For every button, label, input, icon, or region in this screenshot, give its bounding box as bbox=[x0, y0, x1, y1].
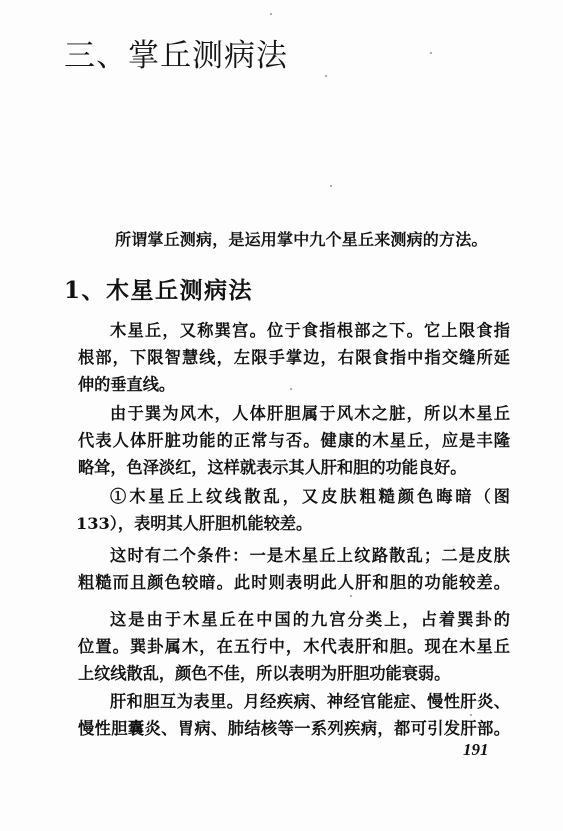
scan-speck bbox=[330, 185, 332, 187]
paragraph-5-line-1: 这是由于木星丘在中国的九宫分类上，占着巽卦的 bbox=[110, 610, 510, 630]
paragraph-1-line-1: 木星丘，又称巽宫。位于食指根部之下。它上限食指 bbox=[110, 321, 510, 341]
paragraph-3-line-2: 133），表明其人肝胆机能较差。 bbox=[76, 514, 312, 534]
paragraph-2-line-1: 由于巽为风木，人体肝胆属于风木之脏，所以木星丘 bbox=[110, 404, 510, 424]
scan-speck bbox=[325, 75, 327, 77]
scan-speck bbox=[350, 595, 352, 597]
intro-sentence: 所谓掌丘测病，是运用掌中九个星丘来测病的方法。 bbox=[115, 227, 488, 250]
book-page: 三、掌丘测病法 所谓掌丘测病，是运用掌中九个星丘来测病的方法。 1、木星丘测病法… bbox=[0, 0, 563, 831]
paragraph-4-line-2: 粗糙而且颜色较暗。此时则表明此人肝和胆的功能较差。 bbox=[78, 573, 510, 593]
paragraph-5-line-2: 位置。巽卦属木，在五行中，木代表肝和胆。现在木星丘 bbox=[78, 637, 510, 657]
paragraph-2-line-2: 代表人体肝脏功能的正常与否。健康的木星丘，应是丰隆 bbox=[78, 431, 510, 451]
scan-speck bbox=[470, 714, 472, 716]
scan-speck bbox=[430, 52, 432, 54]
paragraph-6-line-2: 慢性胆囊炎、胃病、肺结核等一系列疾病，都可引发肝部。 bbox=[78, 719, 510, 739]
section-heading: 1、木星丘测病法 bbox=[64, 272, 253, 305]
paragraph-4-line-1: 这时有二个条件：一是木星丘上纹路散乱；二是皮肤 bbox=[110, 546, 510, 566]
scan-speck bbox=[290, 388, 292, 390]
scan-speck bbox=[270, 13, 272, 15]
chapter-title: 三、掌丘测病法 bbox=[64, 30, 288, 75]
paragraph-6-line-1: 肝和胆互为表里。月经疾病、神经官能症、慢性肝炎、 bbox=[110, 692, 510, 712]
paragraph-3-line-1: ①木星丘上纹线散乱，又皮肤粗糙颜色晦暗（图 bbox=[110, 487, 510, 507]
paragraph-2-line-3: 略耸，色泽淡红，这样就表示其人肝和胆的功能良好。 bbox=[78, 458, 467, 478]
paragraph-1-line-2: 根部，下限智慧线，左限手掌边，右限食指中指交缝所延 bbox=[78, 348, 510, 368]
paragraph-5-line-3: 上纹线散乱，颜色不佳，所以表明为肝胆功能衰弱。 bbox=[78, 664, 450, 684]
paragraph-1-line-3: 伸的垂直线。 bbox=[78, 375, 175, 395]
page-number: 191 bbox=[463, 740, 489, 760]
